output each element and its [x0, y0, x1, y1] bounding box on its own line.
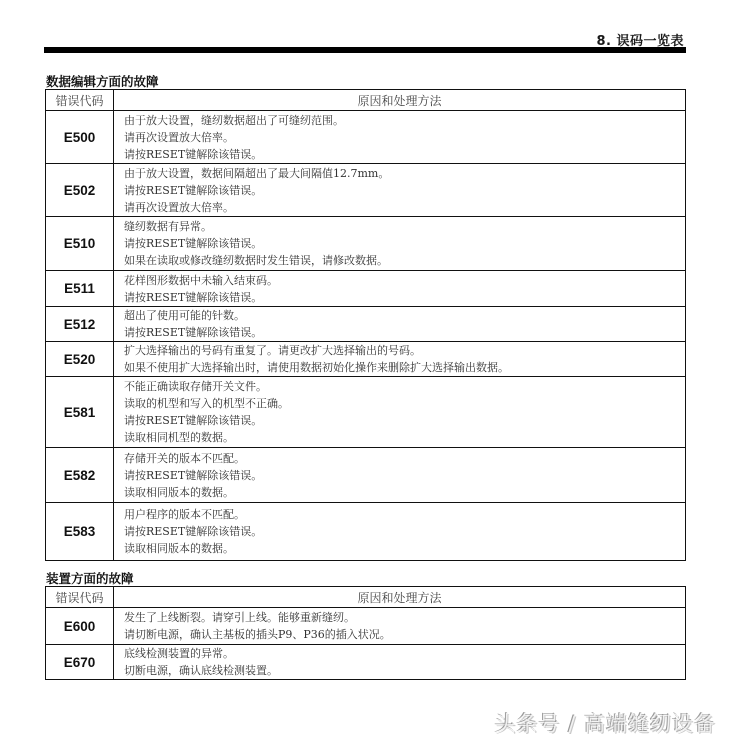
error-code: E502 [46, 164, 114, 217]
description-line: 如果不使用扩大选择输出时，请使用数据初始化操作来删除扩大选择输出数据。 [124, 359, 685, 376]
error-code: E583 [46, 503, 114, 561]
description-line: 底线检测装置的异常。 [124, 645, 685, 662]
description-line: 由于放大设置，数据间隔超出了最大间隔值12.7mm。 [124, 165, 685, 182]
column-header-code: 错误代码 [46, 90, 114, 111]
description-line: 读取相同版本的数据。 [124, 540, 685, 557]
description-line: 切断电源，确认底线检测装置。 [124, 662, 685, 679]
description-line: 请按RESET键解除该错误。 [124, 523, 685, 540]
description-line: 请按RESET键解除该错误。 [124, 289, 685, 306]
table-row: E502 由于放大设置，数据间隔超出了最大间隔值12.7mm。 请按RESET键… [46, 164, 686, 217]
description-line: 请再次设置放大倍率。 [124, 199, 685, 216]
error-code: E512 [46, 307, 114, 342]
error-description: 由于放大设置，数据间隔超出了最大间隔值12.7mm。 请按RESET键解除该错误… [114, 164, 686, 217]
description-line: 如果在读取或修改缝纫数据时发生错误，请修改数据。 [124, 252, 685, 269]
table-row: E582 存储开关的版本不匹配。 请按RESET键解除该错误。 读取相同版本的数… [46, 448, 686, 503]
error-code: E582 [46, 448, 114, 503]
column-header-description: 原因和处理方法 [114, 90, 686, 111]
description-line: 存储开关的版本不匹配。 [124, 450, 685, 467]
error-code: E520 [46, 342, 114, 377]
description-line: 读取的机型和写入的机型不正确。 [124, 395, 685, 412]
description-line: 请再次设置放大倍率。 [124, 129, 685, 146]
error-code: E581 [46, 377, 114, 448]
error-description: 缝纫数据有异常。 请按RESET键解除该错误。 如果在读取或修改缝纫数据时发生错… [114, 217, 686, 271]
description-line: 花样图形数据中未输入结束码。 [124, 272, 685, 289]
description-line: 扩大选择输出的号码有重复了。请更改扩大选择输出的号码。 [124, 342, 685, 359]
error-table-device: 错误代码 原因和处理方法 E600 发生了上线断裂。请穿引上线。能够重新缝纫。 … [45, 586, 686, 680]
description-line: 请按RESET键解除该错误。 [124, 467, 685, 484]
column-header-code: 错误代码 [46, 587, 114, 608]
watermark: 头条号 / 高端缝纫设备 [495, 708, 716, 738]
description-line: 请按RESET键解除该错误。 [124, 235, 685, 252]
description-line: 超出了使用可能的针数。 [124, 307, 685, 324]
description-line: 请按RESET键解除该错误。 [124, 182, 685, 199]
table-header-row: 错误代码 原因和处理方法 [46, 587, 686, 608]
error-description: 用户程序的版本不匹配。 请按RESET键解除该错误。 读取相同版本的数据。 [114, 503, 686, 561]
description-line: 读取相同机型的数据。 [124, 429, 685, 446]
error-code: E511 [46, 271, 114, 307]
table-row: E583 用户程序的版本不匹配。 请按RESET键解除该错误。 读取相同版本的数… [46, 503, 686, 561]
error-description: 底线检测装置的异常。 切断电源，确认底线检测装置。 [114, 645, 686, 680]
table-row: E512 超出了使用可能的针数。 请按RESET键解除该错误。 [46, 307, 686, 342]
error-description: 花样图形数据中未输入结束码。 请按RESET键解除该错误。 [114, 271, 686, 307]
description-line: 由于放大设置，缝纫数据超出了可缝纫范围。 [124, 112, 685, 129]
description-line: 请按RESET键解除该错误。 [124, 146, 685, 163]
error-table-data-editing: 错误代码 原因和处理方法 E500 由于放大设置，缝纫数据超出了可缝纫范围。 请… [45, 89, 686, 561]
table-row: E670 底线检测装置的异常。 切断电源，确认底线检测装置。 [46, 645, 686, 680]
description-line: 请按RESET键解除该错误。 [124, 324, 685, 341]
description-line: 用户程序的版本不匹配。 [124, 506, 685, 523]
column-header-description: 原因和处理方法 [114, 587, 686, 608]
table-row: E600 发生了上线断裂。请穿引上线。能够重新缝纫。 请切断电源，确认主基板的插… [46, 608, 686, 645]
description-line: 发生了上线断裂。请穿引上线。能够重新缝纫。 [124, 609, 685, 626]
table-row: E520 扩大选择输出的号码有重复了。请更改扩大选择输出的号码。 如果不使用扩大… [46, 342, 686, 377]
description-line: 读取相同版本的数据。 [124, 484, 685, 501]
section-title-data-editing: 数据编辑方面的故障 [46, 72, 159, 90]
table-header-row: 错误代码 原因和处理方法 [46, 90, 686, 111]
description-line: 不能正确读取存储开关文件。 [124, 378, 685, 395]
table-row: E500 由于放大设置，缝纫数据超出了可缝纫范围。 请再次设置放大倍率。 请按R… [46, 111, 686, 164]
error-description: 发生了上线断裂。请穿引上线。能够重新缝纫。 请切断电源，确认主基板的插头P9、P… [114, 608, 686, 645]
error-description: 不能正确读取存储开关文件。 读取的机型和写入的机型不正确。 请按RESET键解除… [114, 377, 686, 448]
error-description: 扩大选择输出的号码有重复了。请更改扩大选择输出的号码。 如果不使用扩大选择输出时… [114, 342, 686, 377]
error-description: 存储开关的版本不匹配。 请按RESET键解除该错误。 读取相同版本的数据。 [114, 448, 686, 503]
header-rule [44, 47, 686, 53]
description-line: 请切断电源，确认主基板的插头P9、P36的插入状况。 [124, 626, 685, 643]
table-row: E510 缝纫数据有异常。 请按RESET键解除该错误。 如果在读取或修改缝纫数… [46, 217, 686, 271]
description-line: 缝纫数据有异常。 [124, 218, 685, 235]
error-code: E600 [46, 608, 114, 645]
error-code: E500 [46, 111, 114, 164]
section-title-device: 装置方面的故障 [46, 569, 134, 587]
table-row: E581 不能正确读取存储开关文件。 读取的机型和写入的机型不正确。 请按RES… [46, 377, 686, 448]
error-description: 由于放大设置，缝纫数据超出了可缝纫范围。 请再次设置放大倍率。 请按RESET键… [114, 111, 686, 164]
description-line: 请按RESET键解除该错误。 [124, 412, 685, 429]
error-code: E670 [46, 645, 114, 680]
error-code: E510 [46, 217, 114, 271]
error-description: 超出了使用可能的针数。 请按RESET键解除该错误。 [114, 307, 686, 342]
table-row: E511 花样图形数据中未输入结束码。 请按RESET键解除该错误。 [46, 271, 686, 307]
